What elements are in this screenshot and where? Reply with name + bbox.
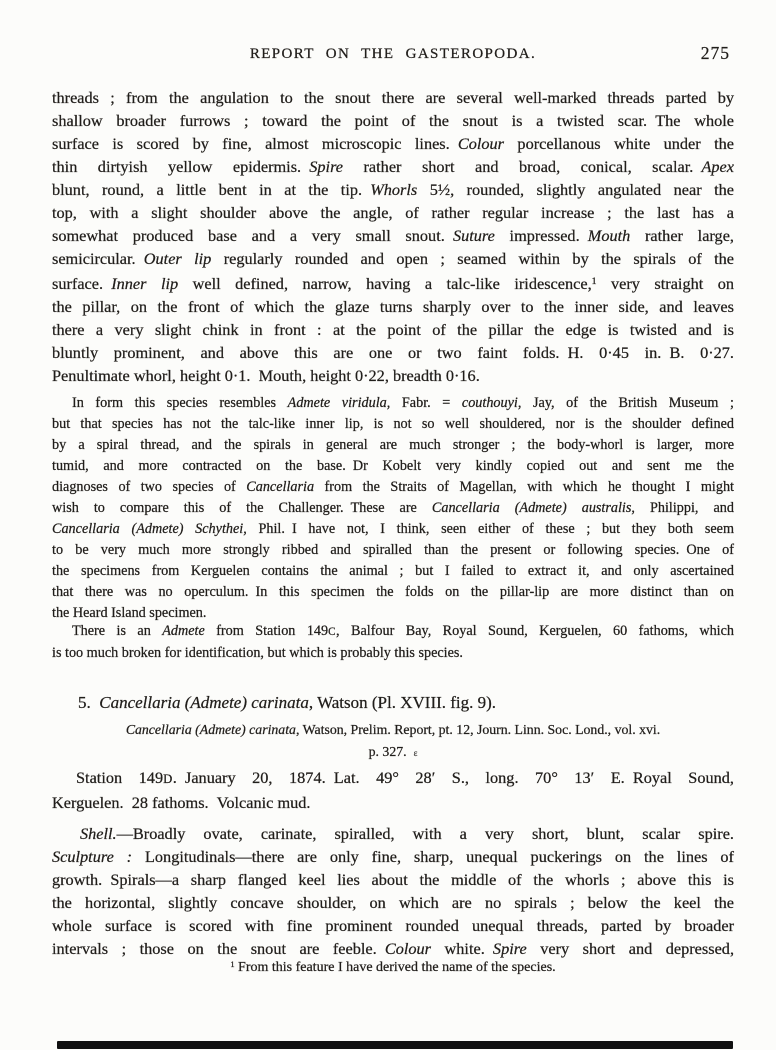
citation: Cancellaria (Admete) carinata, Watson, P… [52,719,734,764]
text-line: 1 From this feature I have derived the n… [52,955,734,978]
scanned-book-page: REPORT ON THE GASTEROPODA. 275 threads ;… [0,0,776,1050]
text-line: that there was no operculum. In this spe… [52,582,734,603]
text-line: Station 149D. January 20, 1874. Lat. 49°… [52,766,734,791]
text-line: Shell.—Broadly ovate, carinate, spiralle… [52,822,734,845]
italic-text: Cancellaria (Admete) australis [432,500,632,516]
text-line: shallow broader furrows ; toward the poi… [52,109,734,132]
text-line: Penultimate whorl, height 0·1. Mouth, he… [52,364,734,387]
small-cap-text: D [163,772,173,786]
paragraph-shell-description: Shell.—Broadly ovate, carinate, spiralle… [52,822,734,960]
italic-text: Apex [701,157,734,176]
text-line: Kerguelen. 28 fathoms. Volcanic mud. [52,791,734,814]
italic-text: Colour [458,134,504,153]
text-line: thin dirtyish yellow epidermis. Spire ra… [52,155,734,178]
text-line: blunt, round, a little bent in at the ti… [52,178,734,201]
italic-text: couthouyi [462,395,518,411]
italic-text: Suture [453,226,495,245]
italic-text: Cancellaria (Admete) Schythei [52,521,243,537]
text-line: Sculpture : Longitudinals—there are only… [52,845,734,868]
text-line: the pillar, on the front of which the gl… [52,295,734,318]
text-line: there a very slight chink in front : at … [52,318,734,341]
text-line: bluntly prominent, and above this are on… [52,341,734,364]
text-line: Cancellaria (Admete) Schythei, Phil. I h… [52,519,734,540]
text-line: top, with a slight shoulder above the an… [52,201,734,224]
species-heading: 5. Cancellaria (Admete) carinata, Watson… [52,691,734,714]
italic-text: Outer lip [144,249,212,268]
italic-text: Whorls [370,180,417,199]
italic-text: Cancellaria (Admete) carinata [99,693,309,712]
italic-text: Admete viridula [288,395,387,411]
scan-edge-artifact [57,1041,733,1049]
text-line: semicircular. Outer lip regularly rounde… [52,247,734,270]
italic-text: Admete [162,623,205,639]
text-line: the horizontal, slightly concave shoulde… [52,891,734,914]
italic-text: Cancellaria (Admete) carinata [126,722,296,737]
text-line: p. 327.ɛ [52,741,734,764]
italic-text: Shell. [80,824,117,843]
text-line: to be very much more strongly ribbed and… [52,540,734,561]
text-line: somewhat produced base and a very small … [52,224,734,247]
text-line: There is an Admete from Station 149C, Ba… [52,621,734,643]
footnote-marker: 1 [592,276,597,287]
paragraph-station-149d: Station 149D. January 20, 1874. Lat. 49°… [52,766,734,814]
text-line: the specimens from Kerguelen contains th… [52,561,734,582]
text-line: but that species has not the talc-like i… [52,414,734,435]
italic-text: Inner lip [111,274,178,293]
text-line: by a spiral thread, and the spirals in g… [52,435,734,456]
page-number: 275 [701,43,730,64]
text-line: surface. Inner lip well defined, narrow,… [52,270,734,295]
text-line: surface is scored by fine, almost micros… [52,132,734,155]
running-header-title: REPORT ON THE GASTEROPODA. [250,46,536,62]
paragraph-comparative-remarks: In form this species resembles Admete vi… [52,393,734,624]
text-line: growth. Spirals—a sharp flanged keel lie… [52,868,734,891]
text-line: In form this species resembles Admete vi… [52,393,734,414]
text-line: whole surface is scored with fine promin… [52,914,734,937]
text-line: tumid, and more contracted on the base. … [52,456,734,477]
ink-speck: ɛ [414,748,418,758]
text-line: Cancellaria (Admete) carinata, Watson, P… [52,719,734,741]
italic-text: Mouth [588,226,631,245]
text-line: threads ; from the angulation to the sno… [52,86,734,109]
footnote-marker: 1 [230,960,234,969]
text-line: wish to compare this of the Challenger. … [52,498,734,519]
text-line: 5. Cancellaria (Admete) carinata, Watson… [52,691,734,714]
text-line: is too much broken for identification, b… [52,643,734,664]
paragraph-station-149c-note: There is an Admete from Station 149C, Ba… [52,621,734,664]
footnote: 1 From this feature I have derived the n… [52,955,734,978]
paragraph-description-continued: threads ; from the angulation to the sno… [52,86,734,387]
italic-text: Cancellaria [246,479,314,495]
small-cap-text: C [328,626,336,638]
text-line: diagnoses of two species of Cancellaria … [52,477,734,498]
italic-text: Sculpture : [52,847,132,866]
italic-text: Spire [309,157,343,176]
running-header: REPORT ON THE GASTEROPODA. [52,46,734,63]
